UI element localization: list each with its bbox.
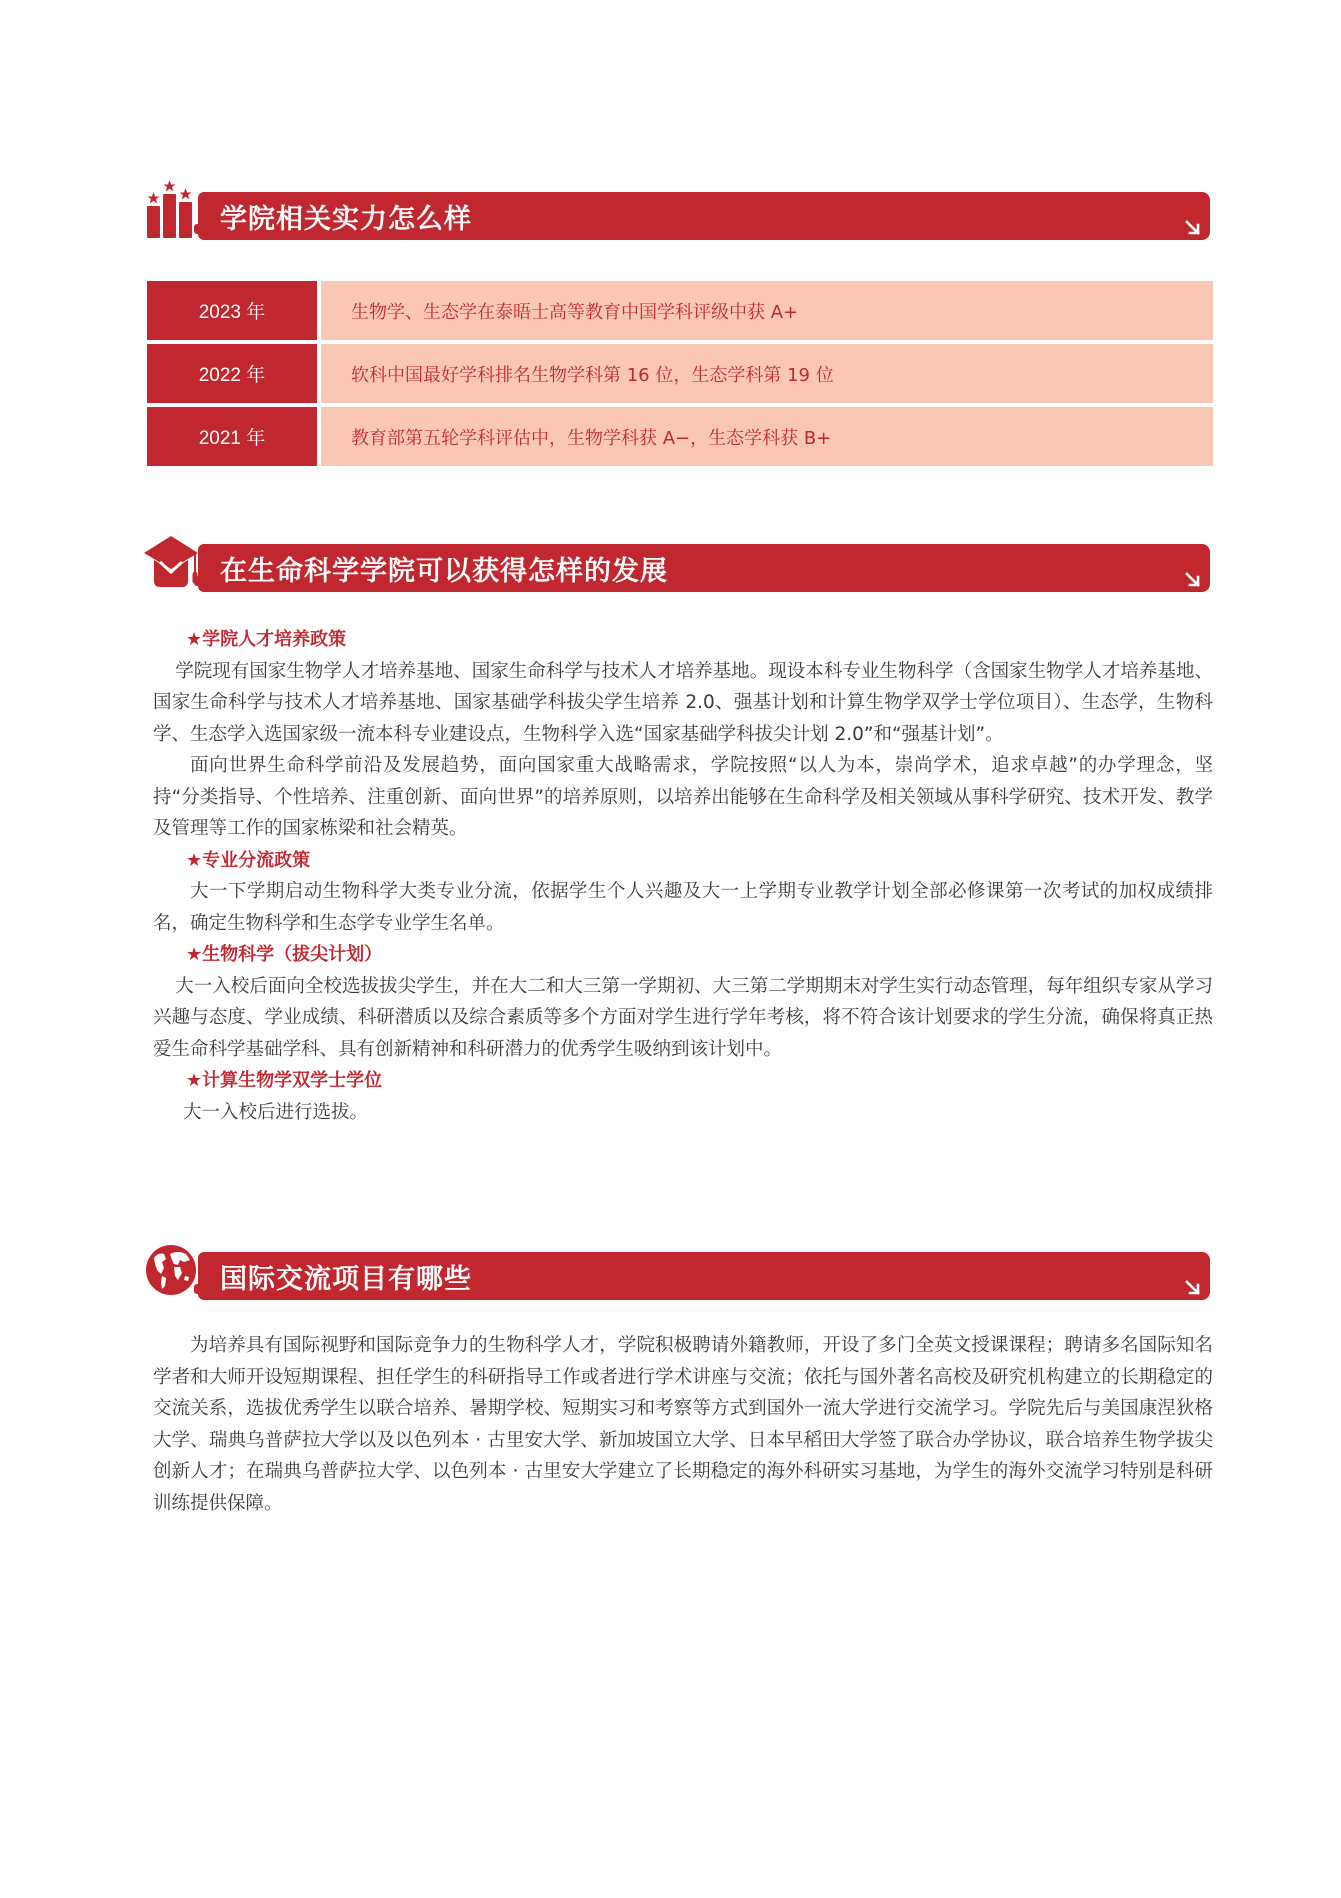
section-title: 在生命科学学院可以获得怎样的发展 bbox=[220, 549, 668, 588]
section-header-development: 在生命科学学院可以获得怎样的发展 bbox=[140, 532, 1220, 592]
section-banner: 学院相关实力怎么样 bbox=[198, 192, 1210, 240]
year-cell: 2023 年 bbox=[147, 281, 317, 340]
bar-chart-stars-icon bbox=[144, 180, 200, 240]
section-title: 国际交流项目有哪些 bbox=[220, 1257, 472, 1296]
section-banner: 国际交流项目有哪些 bbox=[198, 1252, 1210, 1300]
sub-heading: ★专业分流政策 bbox=[153, 845, 1213, 877]
description-cell: 软科中国最好学科排名生物学科第 16 位，生态学科第 19 位 bbox=[321, 344, 1213, 403]
paragraph: 大一入校后面向全校选拔拔尖学生，并在大二和大三第一学期初、大三第二学期期末对学生… bbox=[153, 971, 1213, 1066]
section-header-exchange: 国际交流项目有哪些 bbox=[140, 1240, 1220, 1300]
section-header-strength: 学院相关实力怎么样 bbox=[140, 180, 1220, 240]
paragraph: 学院现有国家生物学人才培养基地、国家生命科学与技术人才培养基地。现设本科专业生物… bbox=[153, 656, 1213, 751]
arrow-down-right-icon bbox=[1184, 1279, 1202, 1297]
development-content: ★学院人才培养政策 学院现有国家生物学人才培养基地、国家生命科学与技术人才培养基… bbox=[153, 624, 1213, 1128]
exchange-content: 为培养具有国际视野和国际竞争力的生物科学人才，学院积极聘请外籍教师，开设了多门全… bbox=[153, 1330, 1213, 1519]
arrow-down-right-icon bbox=[1184, 219, 1202, 237]
paragraph: 为培养具有国际视野和国际竞争力的生物科学人才，学院积极聘请外籍教师，开设了多门全… bbox=[153, 1330, 1213, 1519]
description-cell: 生物学、生态学在泰晤士高等教育中国学科评级中获 A+ bbox=[321, 281, 1213, 340]
year-cell: 2022 年 bbox=[147, 344, 317, 403]
paragraph: 面向世界生命科学前沿及发展趋势，面向国家重大战略需求，学院按照“以人为本，崇尚学… bbox=[153, 750, 1213, 845]
graduation-cap-icon bbox=[144, 532, 200, 592]
ranking-table: 2023 年 生物学、生态学在泰晤士高等教育中国学科评级中获 A+ 2022 年… bbox=[147, 281, 1213, 470]
table-row: 2023 年 生物学、生态学在泰晤士高等教育中国学科评级中获 A+ bbox=[147, 281, 1213, 340]
sub-heading: ★计算生物学双学士学位 bbox=[153, 1065, 1213, 1097]
description-cell: 教育部第五轮学科评估中，生物学科获 A−，生态学科获 B+ bbox=[321, 407, 1213, 466]
arrow-down-right-icon bbox=[1184, 571, 1202, 589]
year-cell: 2021 年 bbox=[147, 407, 317, 466]
sub-heading: ★学院人才培养政策 bbox=[153, 624, 1213, 656]
section-banner: 在生命科学学院可以获得怎样的发展 bbox=[198, 544, 1210, 592]
table-row: 2021 年 教育部第五轮学科评估中，生物学科获 A−，生态学科获 B+ bbox=[147, 407, 1213, 466]
table-row: 2022 年 软科中国最好学科排名生物学科第 16 位，生态学科第 19 位 bbox=[147, 344, 1213, 403]
paragraph: 大一入校后进行选拔。 bbox=[153, 1097, 1213, 1129]
sub-heading: ★生物科学（拔尖计划） bbox=[153, 939, 1213, 971]
paragraph: 大一下学期启动生物科学大类专业分流，依据学生个人兴趣及大一上学期专业教学计划全部… bbox=[153, 876, 1213, 939]
section-title: 学院相关实力怎么样 bbox=[220, 197, 472, 236]
globe-icon bbox=[144, 1240, 200, 1300]
